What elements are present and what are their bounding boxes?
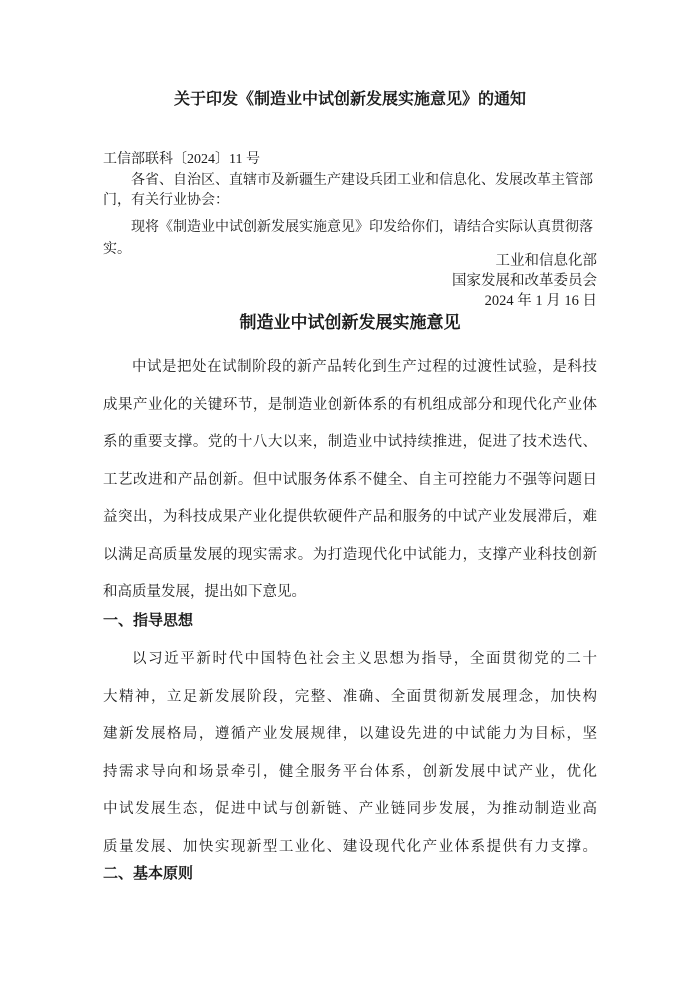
guiding-ideology-paragraph: 以习近平新时代中国特色社会主义思想为指导，全面贯彻党的二十 大精神，立足新发展阶…: [103, 641, 597, 866]
paragraph-line: 以习近平新时代中国特色社会主义思想为指导，全面贯彻党的二十: [103, 641, 597, 679]
paragraph-line: 以满足高质量发展的现实需求。为打造现代化中试能力，支撑产业科技创新: [103, 537, 597, 575]
notice-title: 关于印发《制造业中试创新发展实施意见》的通知: [103, 89, 597, 111]
signature-block: 工业和信息化部 国家发展和改革委员会 2024 年 1 月 16 日: [103, 251, 597, 311]
addressee-line: 门，有关行业协会：: [103, 191, 597, 211]
signature-date: 2024 年 1 月 16 日: [103, 291, 597, 311]
paragraph-line: 成果产业化的关键环节，是制造业创新体系的有机组成部分和现代化产业体: [103, 387, 597, 425]
document-title: 制造业中试创新发展实施意见: [103, 311, 597, 335]
section-heading-guiding-ideology: 一、指导思想: [103, 611, 193, 632]
addressee-line: 各省、自治区、直辖市及新疆生产建设兵团工业和信息化、发展改革主管部: [103, 171, 597, 191]
addressee-paragraph: 各省、自治区、直辖市及新疆生产建设兵团工业和信息化、发展改革主管部 门，有关行业…: [103, 171, 597, 211]
signer-org: 国家发展和改革委员会: [103, 271, 597, 291]
paragraph-line: 系的重要支撑。党的十八大以来，制造业中试持续推进，促进了技术迭代、: [103, 424, 597, 462]
paragraph-line: 中试发展生态，促进中试与创新链、产业链同步发展，为推动制造业高: [103, 791, 597, 829]
paragraph-line: 大精神，立足新发展阶段，完整、准确、全面贯彻新发展理念，加快构: [103, 679, 597, 717]
forwarding-note-line: 现将《制造业中试创新发展实施意见》印发给你们，请结合实际认真贯彻落: [103, 217, 597, 239]
paragraph-line: 和高质量发展，提出如下意见。: [103, 574, 597, 612]
paragraph-line: 工艺改进和产品创新。但中试服务体系不健全、自主可控能力不强等问题日: [103, 462, 597, 500]
intro-paragraph: 中试是把处在试制阶段的新产品转化到生产过程的过渡性试验，是科技 成果产业化的关键…: [103, 349, 597, 612]
paragraph-line: 建新发展格局，遵循产业发展规律，以建设先进的中试能力为目标，坚: [103, 716, 597, 754]
paragraph-line: 益突出，为科技成果产业化提供软硬件产品和服务的中试产业发展滞后，难: [103, 499, 597, 537]
doc-number: 工信部联科〔2024〕11 号: [103, 150, 260, 170]
paragraph-line: 质量发展、加快实现新型工业化、建设现代化产业体系提供有力支撑。: [103, 829, 597, 867]
paragraph-line: 中试是把处在试制阶段的新产品转化到生产过程的过渡性试验，是科技: [103, 349, 597, 387]
document-page: 关于印发《制造业中试创新发展实施意见》的通知 工信部联科〔2024〕11 号 各…: [0, 0, 700, 989]
signer-org: 工业和信息化部: [103, 251, 597, 271]
section-heading-basic-principles: 二、基本原则: [103, 864, 193, 885]
paragraph-line: 持需求导向和场景牵引，健全服务平台体系，创新发展中试产业，优化: [103, 754, 597, 792]
